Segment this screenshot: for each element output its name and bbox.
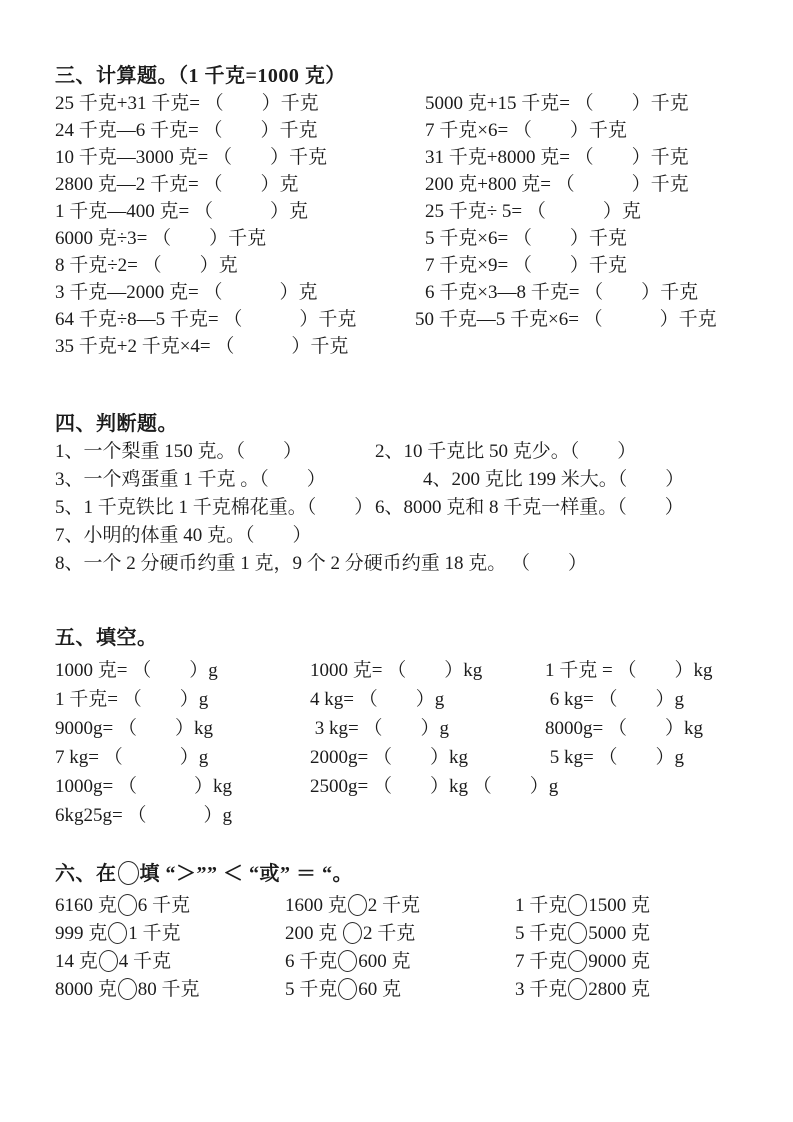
judge-item: 6、8000 克和 8 千克一样重。（ ） xyxy=(375,494,684,522)
judge-item: 8、一个 2 分硬币约重 1 克，9 个 2 分硬币约重 18 克。 （ ） xyxy=(55,550,587,578)
fill-item: 6 kg= （ ）g xyxy=(545,685,684,714)
compare-item: 7 千克9000 克 xyxy=(515,948,745,976)
calc-row: 64 千克÷8—5 千克= （ ）千克 50 千克—5 千克×6= （ ）千克 xyxy=(55,306,751,333)
compare-item: 1600 克2 千克 xyxy=(285,892,515,920)
judge-row: 7、小明的体重 40 克。（ ） xyxy=(55,522,751,550)
calc-row: 10 千克—3000 克= （ ）千克 31 千克+8000 克= （ ）千克 xyxy=(55,144,751,171)
compare-item: 3 千克2800 克 xyxy=(515,976,745,1004)
judge-item: 1、一个梨重 150 克。（ ） xyxy=(55,438,375,466)
circle-blank-icon xyxy=(338,978,357,1000)
calc-item: 7 千克×9= （ ）千克 xyxy=(425,252,627,279)
fill-item: 7 kg= （ ）g xyxy=(55,743,310,772)
fill-item: 4 kg= （ ）g xyxy=(310,685,545,714)
compare-right: 80 千克 xyxy=(138,979,200,1000)
fill-row: 1000g= （ ）kg 2500g= （ ）kg （ ）g xyxy=(55,772,751,801)
circle-blank-icon xyxy=(568,922,587,944)
calc-item: 5 千克×6= （ ）千克 xyxy=(425,225,627,252)
fill-item: 5 kg= （ ）g xyxy=(545,743,684,772)
compare-right: 2800 克 xyxy=(588,979,650,1000)
compare-item: 6160 克6 千克 xyxy=(55,892,285,920)
circle-blank-icon xyxy=(568,950,587,972)
compare-item: 5 千克60 克 xyxy=(285,976,515,1004)
worksheet-page: 三、计算题。（1 千克=1000 克） 25 千克+31 千克= （ ）千克 5… xyxy=(0,0,793,1122)
fill-row: 9000g= （ ）kg 3 kg= （ ）g 8000g= （ ）kg xyxy=(55,714,751,743)
compare-left: 1 千克 xyxy=(515,895,567,916)
calc-item: 6 千克×3—8 千克= （ ）千克 xyxy=(425,279,698,306)
calc-item: 10 千克—3000 克= （ ）千克 xyxy=(55,144,425,171)
section-judgement-title: 四、判断题。 xyxy=(55,410,751,438)
compare-left: 999 克 xyxy=(55,923,107,944)
judge-item: 4、200 克比 199 米大。（ ） xyxy=(375,466,684,494)
circle-blank-icon xyxy=(118,861,139,885)
compare-right: 9000 克 xyxy=(588,951,650,972)
section-calculation: 三、计算题。（1 千克=1000 克） 25 千克+31 千克= （ ）千克 5… xyxy=(55,62,751,360)
compare-left: 3 千克 xyxy=(515,979,567,1000)
judge-row: 5、1 千克铁比 1 千克棉花重。（ ） 6、8000 克和 8 千克一样重。（… xyxy=(55,494,751,522)
calc-row: 2800 克—2 千克= （ ）克 200 克+800 克= （ ）千克 xyxy=(55,171,751,198)
compare-left: 8000 克 xyxy=(55,979,117,1000)
circle-blank-icon xyxy=(568,978,587,1000)
compare-item: 5 千克5000 克 xyxy=(515,920,745,948)
fill-item: 1 千克= （ ）g xyxy=(55,685,310,714)
fill-item: 1 千克 = （ ）kg xyxy=(545,656,712,685)
judge-item: 5、1 千克铁比 1 千克棉花重。（ ） xyxy=(55,494,375,522)
compare-item: 200 克 2 千克 xyxy=(285,920,515,948)
calc-item: 8 千克÷2= （ ）克 xyxy=(55,252,425,279)
circle-blank-icon xyxy=(118,978,137,1000)
calc-item: 3 千克—2000 克= （ ）克 xyxy=(55,279,425,306)
circle-blank-icon xyxy=(348,894,367,916)
calc-row: 1 千克—400 克= （ ）克 25 千克÷ 5= （ ）克 xyxy=(55,198,751,225)
compare-left: 5 千克 xyxy=(285,979,337,1000)
calc-item: 200 克+800 克= （ ）千克 xyxy=(425,171,689,198)
compare-right: 600 克 xyxy=(358,951,410,972)
compare-right: 60 克 xyxy=(358,979,401,1000)
compare-right: 5000 克 xyxy=(588,923,650,944)
circle-blank-icon xyxy=(343,922,362,944)
compare-item: 999 克1 千克 xyxy=(55,920,285,948)
compare-right: 6 千克 xyxy=(138,895,190,916)
judge-row: 8、一个 2 分硬币约重 1 克，9 个 2 分硬币约重 18 克。 （ ） xyxy=(55,550,751,578)
compare-row: 8000 克80 千克 5 千克60 克 3 千克2800 克 xyxy=(55,976,751,1004)
fill-item: 3 kg= （ ）g xyxy=(310,714,545,743)
calc-row: 35 千克+2 千克×4= （ ）千克 xyxy=(55,333,751,360)
calc-item: 6000 克÷3= （ ）千克 xyxy=(55,225,425,252)
compare-left: 14 克 xyxy=(55,951,98,972)
judge-row: 3、一个鸡蛋重 1 千克 。（ ） 4、200 克比 199 米大。（ ） xyxy=(55,466,751,494)
compare-left: 7 千克 xyxy=(515,951,567,972)
section-compare-title: 六、在填 “＞”” ＜ “或” ＝ “。 xyxy=(55,860,751,888)
compare-row: 14 克4 千克 6 千克600 克 7 千克9000 克 xyxy=(55,948,751,976)
fill-item: 6kg25g= （ ）g xyxy=(55,801,232,830)
compare-right: 1 千克 xyxy=(128,923,180,944)
compare-left: 1600 克 xyxy=(285,895,347,916)
calc-item: 25 千克+31 千克= （ ）千克 xyxy=(55,90,425,117)
judge-item: 2、10 千克比 50 克少。（ ） xyxy=(375,438,636,466)
circle-blank-icon xyxy=(338,950,357,972)
fill-row: 7 kg= （ ）g 2000g= （ ）kg 5 kg= （ ）g xyxy=(55,743,751,772)
compare-item: 6 千克600 克 xyxy=(285,948,515,976)
compare-left: 6 千克 xyxy=(285,951,337,972)
calc-item: 24 千克—6 千克= （ ）千克 xyxy=(55,117,425,144)
section-calculation-title: 三、计算题。（1 千克=1000 克） xyxy=(55,62,751,90)
fill-item: 2500g= （ ）kg （ ）g xyxy=(310,772,558,801)
compare-row: 999 克1 千克 200 克 2 千克 5 千克5000 克 xyxy=(55,920,751,948)
compare-right: 2 千克 xyxy=(363,923,415,944)
compare-item: 8000 克80 千克 xyxy=(55,976,285,1004)
fill-item: 2000g= （ ）kg xyxy=(310,743,545,772)
fill-item: 1000g= （ ）kg xyxy=(55,772,310,801)
fill-row: 1000 克= （ ）g 1000 克= （ ）kg 1 千克 = （ ）kg xyxy=(55,656,751,685)
section-compare: 六、在填 “＞”” ＜ “或” ＝ “。 6160 克6 千克 1600 克2 … xyxy=(55,860,751,1004)
judge-row: 1、一个梨重 150 克。（ ） 2、10 千克比 50 克少。（ ） xyxy=(55,438,751,466)
compare-left: 5 千克 xyxy=(515,923,567,944)
circle-blank-icon xyxy=(118,894,137,916)
calc-item: 5000 克+15 千克= （ ）千克 xyxy=(425,90,689,117)
calc-row: 25 千克+31 千克= （ ）千克 5000 克+15 千克= （ ）千克 xyxy=(55,90,751,117)
compare-title-pre: 六、在 xyxy=(55,863,117,885)
circle-blank-icon xyxy=(568,894,587,916)
compare-left: 6160 克 xyxy=(55,895,117,916)
section-fill-in-title: 五、填空。 xyxy=(55,624,751,652)
compare-title-post: 填 “＞”” ＜ “或” ＝ “。 xyxy=(140,863,354,885)
calc-item: 1 千克—400 克= （ ）克 xyxy=(55,198,425,225)
compare-right: 1500 克 xyxy=(588,895,650,916)
section-judgement: 四、判断题。 1、一个梨重 150 克。（ ） 2、10 千克比 50 克少。（… xyxy=(55,410,751,578)
judge-item: 7、小明的体重 40 克。（ ） xyxy=(55,522,312,550)
fill-item: 1000 克= （ ）kg xyxy=(310,656,545,685)
fill-item: 1000 克= （ ）g xyxy=(55,656,310,685)
calc-item: 64 千克÷8—5 千克= （ ）千克 xyxy=(55,306,415,333)
fill-item: 8000g= （ ）kg xyxy=(545,714,703,743)
calc-item: 35 千克+2 千克×4= （ ）千克 xyxy=(55,333,425,360)
compare-left: 200 克 xyxy=(285,923,342,944)
compare-row: 6160 克6 千克 1600 克2 千克 1 千克1500 克 xyxy=(55,892,751,920)
fill-row: 1 千克= （ ）g 4 kg= （ ）g 6 kg= （ ）g xyxy=(55,685,751,714)
fill-row: 6kg25g= （ ）g xyxy=(55,801,751,830)
circle-blank-icon xyxy=(99,950,118,972)
compare-item: 1 千克1500 克 xyxy=(515,892,745,920)
circle-blank-icon xyxy=(108,922,127,944)
judge-item: 3、一个鸡蛋重 1 千克 。（ ） xyxy=(55,466,375,494)
calc-item: 50 千克—5 千克×6= （ ）千克 xyxy=(415,306,717,333)
compare-item: 14 克4 千克 xyxy=(55,948,285,976)
calc-item: 7 千克×6= （ ）千克 xyxy=(425,117,627,144)
section-fill-in: 五、填空。 1000 克= （ ）g 1000 克= （ ）kg 1 千克 = … xyxy=(55,624,751,830)
compare-right: 4 千克 xyxy=(119,951,171,972)
calc-row: 6000 克÷3= （ ）千克 5 千克×6= （ ）千克 xyxy=(55,225,751,252)
calc-row: 3 千克—2000 克= （ ）克 6 千克×3—8 千克= （ ）千克 xyxy=(55,279,751,306)
calc-item: 31 千克+8000 克= （ ）千克 xyxy=(425,144,689,171)
calc-row: 24 千克—6 千克= （ ）千克 7 千克×6= （ ）千克 xyxy=(55,117,751,144)
calc-item: 25 千克÷ 5= （ ）克 xyxy=(425,198,641,225)
fill-item: 9000g= （ ）kg xyxy=(55,714,310,743)
calc-item: 2800 克—2 千克= （ ）克 xyxy=(55,171,425,198)
calc-row: 8 千克÷2= （ ）克 7 千克×9= （ ）千克 xyxy=(55,252,751,279)
compare-right: 2 千克 xyxy=(368,895,420,916)
